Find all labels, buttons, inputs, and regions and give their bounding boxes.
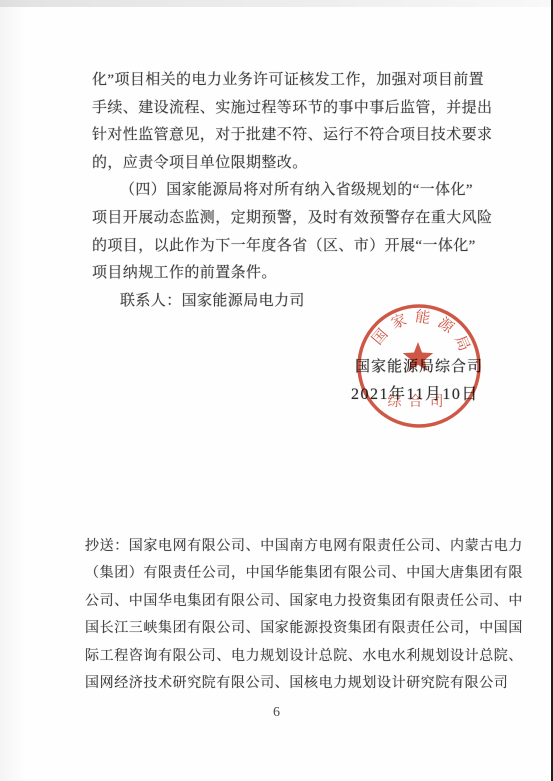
scan-top-shadow [0,0,553,7]
cc-line: （集团）有限责任公司，中国华能集团有限公司、中国大唐集团有限 [85,560,485,587]
seal-star-icon [403,342,433,371]
body-line: 的，应责令项目单位限期整改。 [92,150,482,178]
cc-line: 公司、中国华电集团有限公司、国家电力投资集团有限责任公司、中 [85,588,485,615]
body-line: 手续、建设流程、实施过程等环节的事中事后监管，并提出 [92,95,482,123]
document-page: 化”项目相关的电力业务许可证核发工作，加强对项目前置 手续、建设流程、实施过程等… [0,0,553,781]
cc-line: 抄送：国家电网有限公司、中国南方电网有限责任公司、内蒙古电力 [85,533,485,560]
page-number: 6 [0,705,553,721]
body-line: 化”项目相关的电力业务许可证核发工作，加强对项目前置 [92,67,482,95]
scan-left-tint [0,0,26,781]
cc-line: 国长江三峡集团有限公司、国家能源投资集团有限责任公司，中国国 [85,615,485,642]
body-line: 针对性监管意见，对于批建不符、运行不符合项目技术要求 [92,122,482,150]
official-seal-icon: 国家能源局 综合司 [352,298,492,438]
cc-line: 际工程咨询有限公司、电力规划设计总院、水电水利规划设计总院、 [85,643,485,670]
cc-line: 国网经济技术研究院有限公司、国核电力规划设计研究院有限公司 [85,670,485,697]
body-line: 项目纳规工作的前置条件。 [92,260,482,288]
body-line: 的项目，以此作为下一年度各省（区、市）开展“一体化” [92,233,482,261]
seal-bottom-text: 综合司 [388,394,451,410]
body-text: 化”项目相关的电力业务许可证核发工作，加强对项目前置 手续、建设流程、实施过程等… [92,67,482,315]
cc-block: 抄送：国家电网有限公司、中国南方电网有限责任公司、内蒙古电力 （集团）有限责任公… [85,533,485,697]
body-line: 项目开展动态监测，定期预警，及时有效预警存在重大风险 [92,205,482,233]
body-line: （四）国家能源局将对所有纳入省级规划的“一体化” [92,177,482,205]
